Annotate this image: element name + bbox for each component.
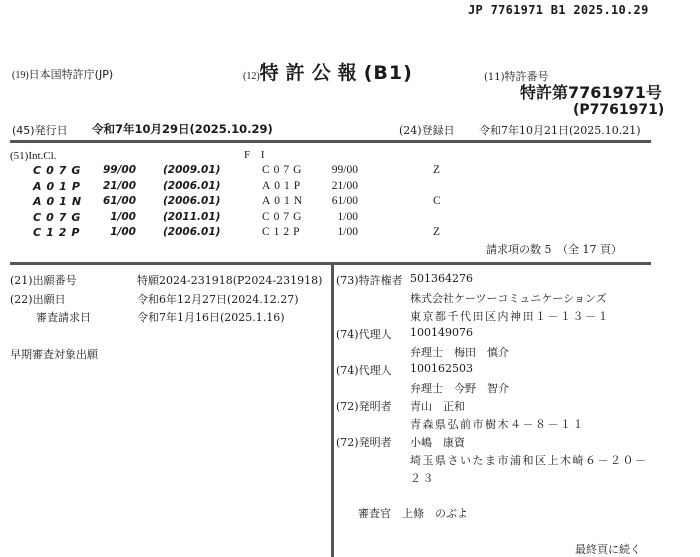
column-divider <box>331 262 334 557</box>
agent-name: 弁理士 今野 智介 <box>410 380 509 396</box>
fi-symbol: Z <box>433 226 440 238</box>
inventor-label: (72)発明者 <box>336 434 392 450</box>
ipc-group: 1/00 <box>96 211 136 223</box>
fi-group: 1/00 <box>316 226 358 238</box>
document-identifier: JP 7761971 B1 2025.10.29 <box>468 3 649 17</box>
ipc-code: C07G <box>33 211 85 224</box>
ipc-version: (2006.01) <box>163 195 220 207</box>
registration-date: 令和7年10月21日(2025.10.21) <box>479 122 641 138</box>
inventor-name: 小嶋 康資 <box>410 434 465 450</box>
fi-code: A01N <box>262 195 306 207</box>
inventor-name: 青山 正和 <box>410 398 465 414</box>
fi-label: F I <box>244 149 269 161</box>
ipc-code: A01P <box>33 180 85 193</box>
early-exam-note: 早期審査対象出願 <box>10 346 98 362</box>
ipc-version: (2009.01) <box>163 164 220 176</box>
classification-row: A01N61/00(2006.01)A01N61/00C <box>0 195 700 210</box>
classification-row: C12P1/00(2006.01)C12P1/00Z <box>0 226 700 241</box>
issue-date-label: (45)発行日 <box>12 122 68 138</box>
ipc-version: (2006.01) <box>163 226 220 238</box>
fi-code: C07G <box>262 211 305 223</box>
patent-number-p: (P7761971) <box>573 102 664 118</box>
application-date: 令和6年12月27日(2024.12.27) <box>137 291 299 307</box>
ipc-code: A01N <box>33 195 86 208</box>
continued-on-last-page: 最終頁に続く <box>575 541 641 557</box>
issue-date: 令和7年10月29日(2025.10.29) <box>92 121 273 137</box>
patentee-id: 501364276 <box>410 272 473 285</box>
agent-id: 100162503 <box>410 362 473 375</box>
fi-code: A01P <box>262 180 304 192</box>
claims-summary: 請求項の数 5 （全 17 頁） <box>486 241 622 257</box>
inventor-label: (72)発明者 <box>336 398 392 414</box>
fi-group: 61/00 <box>316 195 358 207</box>
patentee-label: (73)特許権者 <box>336 272 403 288</box>
fi-group: 21/00 <box>316 180 358 192</box>
application-number-label: (21)出願番号 <box>10 272 77 288</box>
agent-id: 100149076 <box>410 326 473 339</box>
classification-row: C07G99/00(2009.01)C07G99/00Z <box>0 164 700 179</box>
registration-date-label: (24)登録日 <box>399 122 455 138</box>
ipc-group: 99/00 <box>96 164 136 176</box>
ipc-code: C07G <box>33 164 85 177</box>
classification-row: C07G1/00(2011.01)C07G1/00 <box>0 211 700 226</box>
inventor-address: 青森県弘前市樹木４－８－１１ <box>410 416 585 432</box>
fi-symbol: Z <box>433 164 440 176</box>
agent-label: (74)代理人 <box>336 362 392 378</box>
classification-row: A01P21/00(2006.01)A01P21/00 <box>0 180 700 195</box>
issuing-office: (19)日本国特許庁(JP) <box>12 66 113 82</box>
exam-request-date: 令和7年1月16日(2025.1.16) <box>137 309 285 325</box>
ipc-code: C12P <box>33 226 84 239</box>
patentee-address: 東京都千代田区内神田１－１３－１ <box>410 308 610 324</box>
inventor-address-cont: ２３ <box>410 470 435 486</box>
agent-label: (74)代理人 <box>336 326 392 342</box>
divider-rule <box>10 140 651 143</box>
fi-code: C07G <box>262 164 305 176</box>
examiner: 審査官 上條 のぶよ <box>358 505 468 521</box>
fi-group: 99/00 <box>316 164 358 176</box>
exam-request-label: 審査請求日 <box>36 309 91 325</box>
inventor-address: 埼玉県さいたま市浦和区上木崎６－２０－ <box>410 452 648 468</box>
publication-kind-title: (12)特許公報(B1) <box>243 58 413 85</box>
int-cl-label: (51)Int.Cl. <box>10 150 56 162</box>
application-number: 特願2024-231918(P2024-231918) <box>137 272 322 288</box>
patentee-name: 株式会社ケーツーコミュニケーションズ <box>410 290 607 306</box>
ipc-group: 61/00 <box>96 195 136 207</box>
patent-number: 特許第7761971号 <box>520 80 662 103</box>
ipc-version: (2011.01) <box>163 211 220 223</box>
ipc-group: 21/00 <box>96 180 136 192</box>
agent-name: 弁理士 梅田 慎介 <box>410 344 509 360</box>
ipc-group: 1/00 <box>96 226 136 238</box>
fi-group: 1/00 <box>316 211 358 223</box>
fi-code: C12P <box>262 226 304 238</box>
ipc-version: (2006.01) <box>163 180 220 192</box>
fi-symbol: C <box>433 195 441 207</box>
application-date-label: (22)出願日 <box>10 291 66 307</box>
